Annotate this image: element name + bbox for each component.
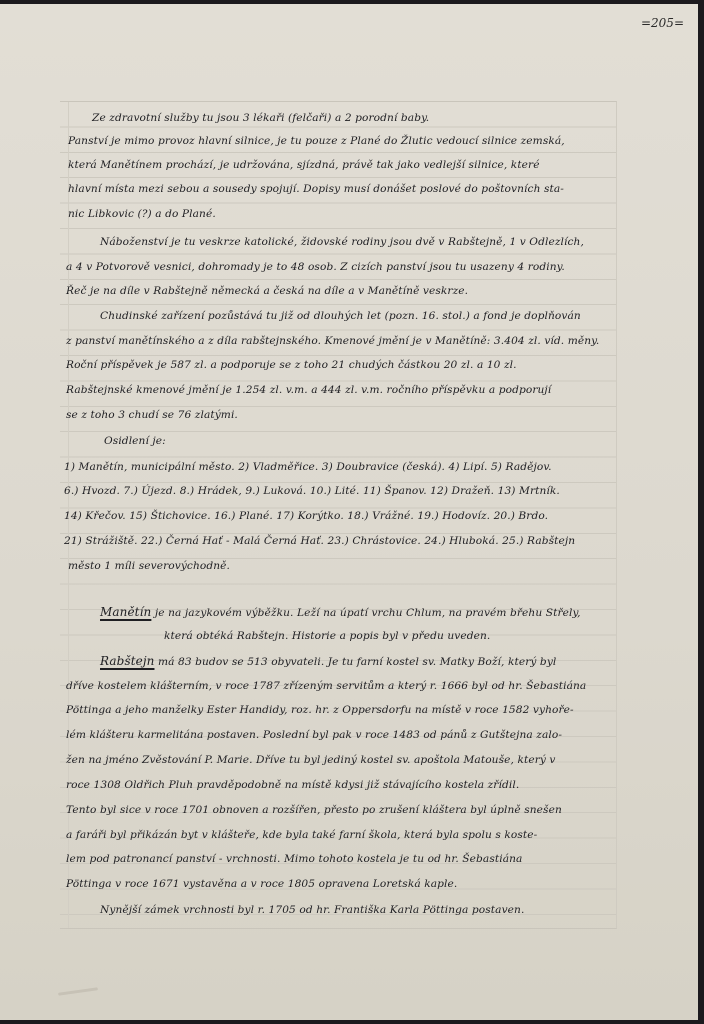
line-text: lem pod patronancí panství - vrchnosti. … bbox=[66, 853, 522, 865]
line-text: roce 1308 Oldřich Pluh pravděpodobně na … bbox=[66, 779, 519, 791]
line-text: Rabštejnské kmenové jmění je 1.254 zl. v… bbox=[66, 384, 551, 396]
line-text: Osidlení je: bbox=[104, 435, 166, 447]
text-line: Náboženství je tu veskrze katolické, žid… bbox=[100, 233, 584, 251]
document-page: =205= Ze zdravotní služby tu jsou 3 léka… bbox=[0, 4, 698, 1020]
line-text: Pöttinga a jeho manželky Ester Handidy, … bbox=[66, 704, 574, 716]
text-line: Chudinské zařízení pozůstává tu již od d… bbox=[100, 307, 581, 325]
text-line: Pöttinga a jeho manželky Ester Handidy, … bbox=[66, 701, 574, 719]
line-text: 14) Křečov. 15) Štichovice. 16.) Plané. … bbox=[64, 510, 548, 522]
text-line: Pöttinga v roce 1671 vystavěna a v roce … bbox=[66, 875, 457, 893]
text-line: žen na jméno Zvěstování P. Marie. Dříve … bbox=[66, 751, 556, 769]
line-text: a 4 v Potvorově vesnici, dohromady je to… bbox=[66, 261, 565, 273]
line-text: dříve kostelem klášterním, v roce 1787 z… bbox=[66, 680, 586, 692]
line-text: Panství je mimo provoz hlavní silnice, j… bbox=[68, 135, 565, 147]
section-heading-rabstejn: Rabštejn bbox=[100, 654, 154, 668]
text-line: Manětín je na jazykovém výběžku. Leží na… bbox=[100, 603, 581, 621]
line-text: Ze zdravotní služby tu jsou 3 lékaři (fe… bbox=[92, 112, 429, 124]
text-line: Tento byl sice v roce 1701 obnoven a roz… bbox=[66, 801, 562, 819]
text-line: 14) Křečov. 15) Štichovice. 16.) Plané. … bbox=[64, 507, 548, 525]
text-line: roce 1308 Oldřich Pluh pravděpodobně na … bbox=[66, 776, 519, 794]
text-line: Panství je mimo provoz hlavní silnice, j… bbox=[68, 132, 565, 150]
line-text: Nynější zámek vrchnosti byl r. 1705 od h… bbox=[100, 904, 524, 916]
line-text: lém klášteru karmelitána postaven. Posle… bbox=[66, 729, 562, 741]
line-text: má 83 budov se 513 obyvateli. Je tu farn… bbox=[158, 656, 556, 668]
line-text: která obtéká Rabštejn. Historie a popis … bbox=[164, 630, 490, 642]
line-text: která Manětínem prochází, je udržována, … bbox=[68, 159, 540, 171]
line-text: je na jazykovém výběžku. Leží na úpatí v… bbox=[155, 607, 581, 619]
line-text: 6.) Hvozd. 7.) Újezd. 8.) Hrádek, 9.) Lu… bbox=[64, 485, 560, 497]
text-line: Osidlení je: bbox=[104, 432, 166, 450]
text-line: a faráři byl přikázán byt v klášteře, kd… bbox=[66, 826, 537, 844]
text-line: dříve kostelem klášterním, v roce 1787 z… bbox=[66, 677, 586, 695]
text-line: hlavní místa mezi sebou a sousedy spojuj… bbox=[68, 180, 564, 198]
text-line: která obtéká Rabštejn. Historie a popis … bbox=[164, 627, 490, 645]
line-text: hlavní místa mezi sebou a sousedy spojuj… bbox=[68, 183, 564, 195]
line-text: 1) Manětín, municipální město. 2) Vladmě… bbox=[64, 461, 552, 473]
text-line: lém klášteru karmelitána postaven. Posle… bbox=[66, 726, 562, 744]
text-line: Řeč je na díle v Rabštejně německá a čes… bbox=[66, 282, 468, 300]
line-text: Chudinské zařízení pozůstává tu již od d… bbox=[100, 310, 581, 322]
text-line: 1) Manětín, municipální město. 2) Vladmě… bbox=[64, 458, 552, 476]
text-line: město 1 míli severovýchodně. bbox=[68, 557, 230, 575]
text-line: se z toho 3 chudí se 76 zlatými. bbox=[66, 406, 238, 424]
text-line: Roční příspěvek je 587 zl. a podporuje s… bbox=[66, 356, 517, 374]
text-line: která Manětínem prochází, je udržována, … bbox=[68, 156, 540, 174]
text-line: Ze zdravotní služby tu jsou 3 lékaři (fe… bbox=[92, 109, 429, 127]
line-text: z panství manětínského a z díla rabštejn… bbox=[66, 335, 599, 347]
line-text: Řeč je na díle v Rabštejně německá a čes… bbox=[66, 285, 468, 297]
line-text: Tento byl sice v roce 1701 obnoven a roz… bbox=[66, 804, 562, 816]
section-heading-manetin: Manětín bbox=[100, 605, 151, 619]
text-line: lem pod patronancí panství - vrchnosti. … bbox=[66, 850, 522, 868]
line-text: Pöttinga v roce 1671 vystavěna a v roce … bbox=[66, 878, 457, 890]
text-line: a 4 v Potvorově vesnici, dohromady je to… bbox=[66, 258, 565, 276]
line-text: žen na jméno Zvěstování P. Marie. Dříve … bbox=[66, 754, 556, 766]
text-line: nic Libkovic (?) a do Plané. bbox=[68, 205, 216, 223]
line-text: se z toho 3 chudí se 76 zlatými. bbox=[66, 409, 238, 421]
line-text: Roční příspěvek je 587 zl. a podporuje s… bbox=[66, 359, 517, 371]
text-line: z panství manětínského a z díla rabštejn… bbox=[66, 332, 599, 350]
line-text: Náboženství je tu veskrze katolické, žid… bbox=[100, 236, 584, 248]
line-text: 21) Strážiště. 22.) Černá Hať - Malá Čer… bbox=[64, 535, 575, 547]
text-line: 6.) Hvozd. 7.) Újezd. 8.) Hrádek, 9.) Lu… bbox=[64, 482, 560, 500]
text-line: Rabštejnské kmenové jmění je 1.254 zl. v… bbox=[66, 381, 551, 399]
text-line: Rabštejn má 83 budov se 513 obyvateli. J… bbox=[100, 652, 556, 670]
page-number: =205= bbox=[641, 16, 684, 30]
text-line: 21) Strážiště. 22.) Černá Hať - Malá Čer… bbox=[64, 532, 575, 550]
paper-smudge bbox=[58, 987, 98, 996]
line-text: nic Libkovic (?) a do Plané. bbox=[68, 208, 216, 220]
text-line: Nynější zámek vrchnosti byl r. 1705 od h… bbox=[100, 901, 524, 919]
line-text: město 1 míli severovýchodně. bbox=[68, 560, 230, 572]
line-text: a faráři byl přikázán byt v klášteře, kd… bbox=[66, 829, 537, 841]
